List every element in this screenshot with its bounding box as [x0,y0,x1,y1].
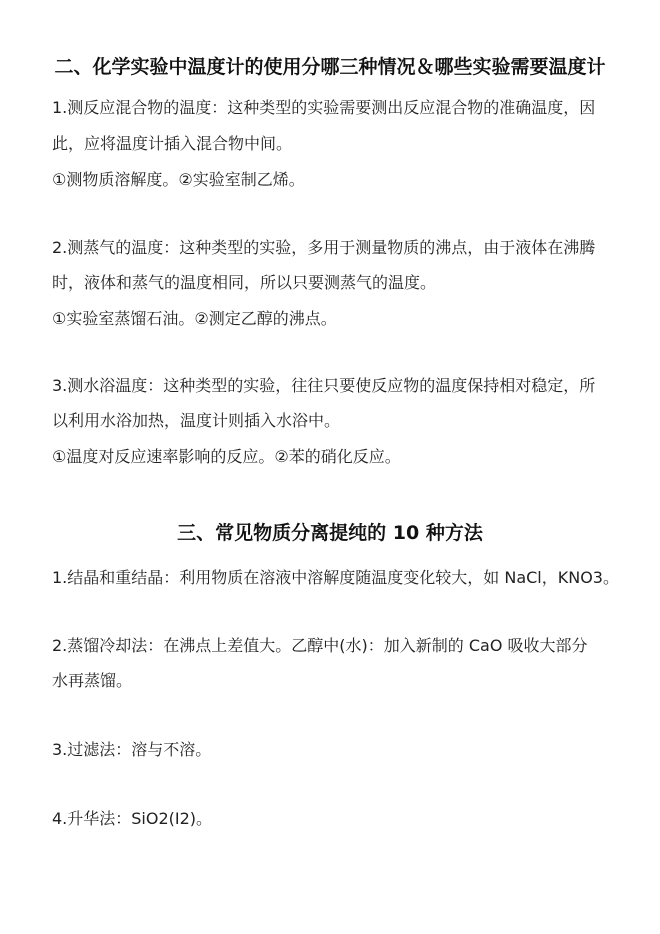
example-line: ①测物质溶解度。②实验室制乙烯。 [52,169,305,191]
example-line: ①温度对反应速率影响的反应。②苯的硝化反应。 [52,446,401,468]
paragraph-line: 以利用水浴加热，温度计则插入水浴中。 [52,410,340,432]
paragraph-line: 3.过滤法：溶与不溶。 [52,739,211,761]
paragraph-line: 3.测水浴温度：这种类型的实验，往往只要使反应物的温度保持相对稳定，所 [52,375,595,397]
paragraph-line: 2.测蒸气的温度：这种类型的实验，多用于测量物质的沸点，由于液体在沸腾 [52,237,595,259]
section-heading-separation-methods: 三、常见物质分离提纯的 10 种方法 [0,521,660,545]
paragraph-line: 4.升华法：SiO2(I2)。 [52,808,212,830]
paragraph-line: 时，液体和蒸气的温度相同，所以只要测蒸气的温度。 [52,272,436,294]
paragraph-line: 1.结晶和重结晶：利用物质在溶液中溶解度随温度变化较大，如 NaCl，KNO3。 [52,567,619,589]
paragraph-line: 2.蒸馏冷却法：在沸点上差值大。乙醇中(水)：加入新制的 CaO 吸收大部分 [52,635,588,657]
paragraph-line: 此，应将温度计插入混合物中间。 [52,133,292,155]
paragraph-line: 水再蒸馏。 [52,670,132,692]
example-line: ①实验室蒸馏石油。②测定乙醇的沸点。 [52,308,337,330]
section-heading-thermometer-usage: 二、化学实验中温度计的使用分哪三种情况＆哪些实验需要温度计 [0,55,660,79]
paragraph-line: 1.测反应混合物的温度：这种类型的实验需要测出反应混合物的准确温度，因 [52,97,595,119]
